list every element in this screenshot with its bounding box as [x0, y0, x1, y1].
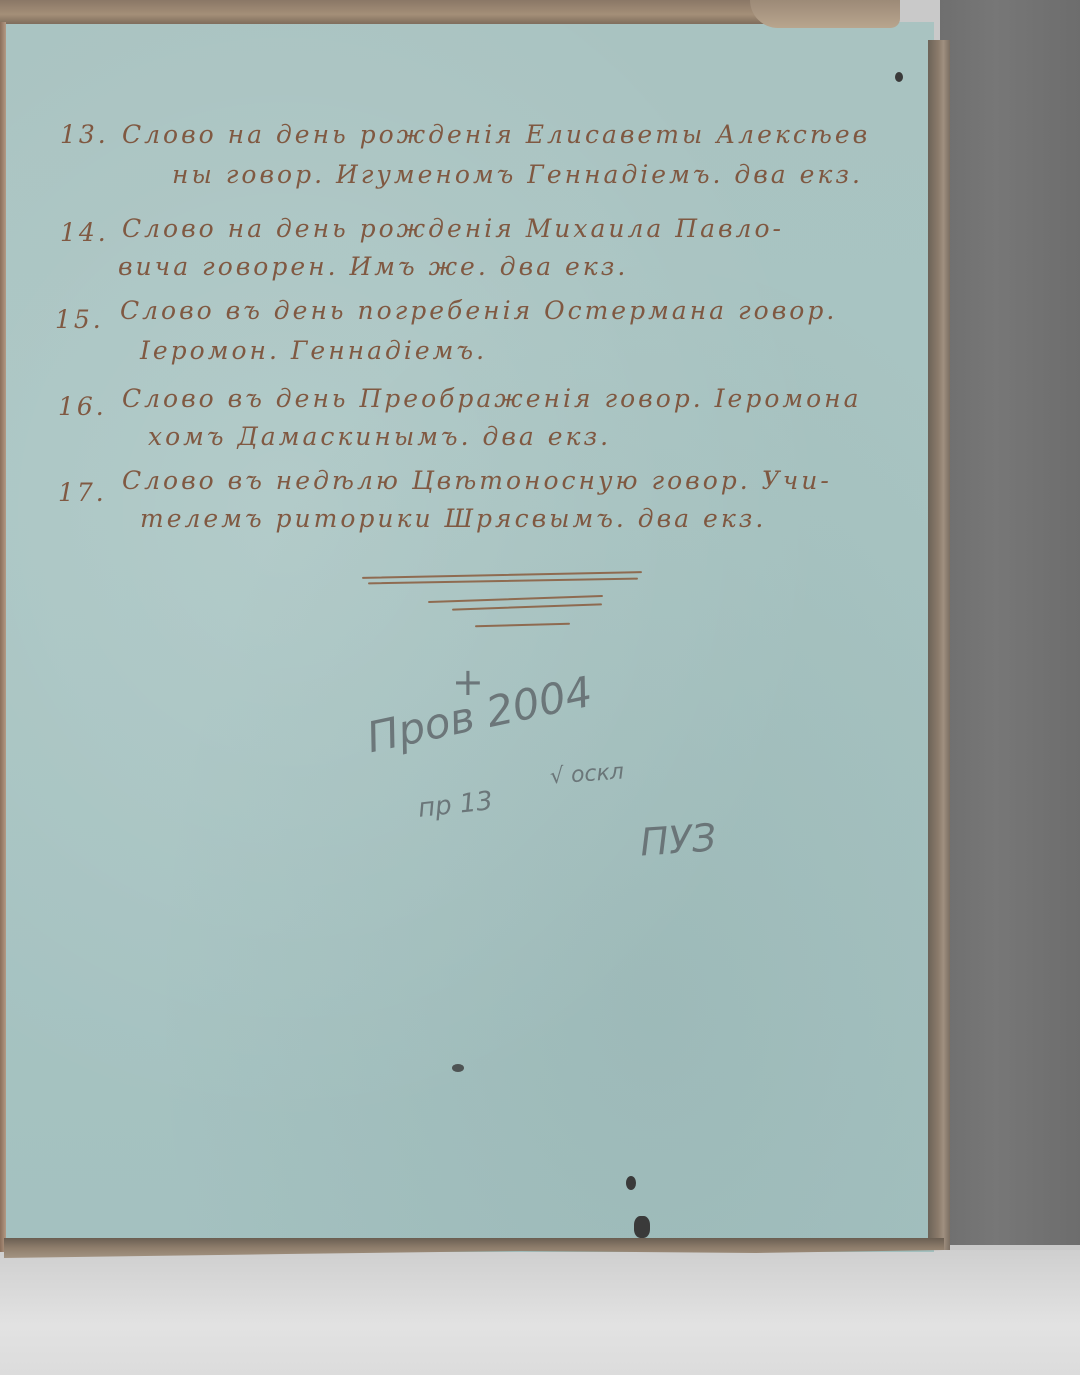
- entry-line-2: телемъ риторики Шрясвымъ. два екз.: [140, 504, 766, 533]
- entry-line-1: Слово въ день погребенія Остермана говор…: [120, 296, 837, 325]
- page-right-worn-edge: [928, 40, 950, 1250]
- entry-number: 16.: [58, 392, 107, 421]
- wormhole: [452, 1064, 464, 1072]
- entry-line-1: Слово въ день Преображенія говор. Іеромо…: [122, 384, 862, 413]
- entry-line-1: Слово на день рожденія Михаила Павло-: [122, 214, 784, 243]
- scanner-background: [940, 0, 1080, 1245]
- wormhole: [895, 72, 903, 82]
- entry-line-1: Слово на день рожденія Елисаветы Алексѣе…: [122, 120, 870, 149]
- pencil-note-check: √ оскл: [549, 759, 624, 789]
- entry-line-2: вича говорен. Имъ же. два екз.: [118, 252, 628, 281]
- pencil-note-initials: ПУЗ: [639, 815, 718, 864]
- manuscript-page: [4, 22, 934, 1252]
- page-left-edge: [0, 22, 6, 1252]
- entry-number: 14.: [60, 218, 109, 247]
- page-top-torn-corner: [750, 0, 900, 28]
- entry-line-2: хомъ Дамаскинымъ. два екз.: [148, 422, 611, 451]
- entry-number: 15.: [55, 305, 104, 334]
- entry-line-1: Слово въ недѣлю Цвѣтоносную говор. Учи-: [122, 466, 832, 495]
- wormhole: [634, 1216, 650, 1238]
- entry-number: 13.: [60, 120, 109, 149]
- entry-number: 17.: [58, 478, 107, 507]
- scanner-background-bottom: [0, 1250, 1080, 1375]
- wormhole: [626, 1176, 636, 1190]
- entry-line-2: Іеромон. Геннадіемъ.: [140, 336, 487, 365]
- entry-line-2: ны говор. Игуменомъ Геннадіемъ. два екз.: [172, 160, 863, 189]
